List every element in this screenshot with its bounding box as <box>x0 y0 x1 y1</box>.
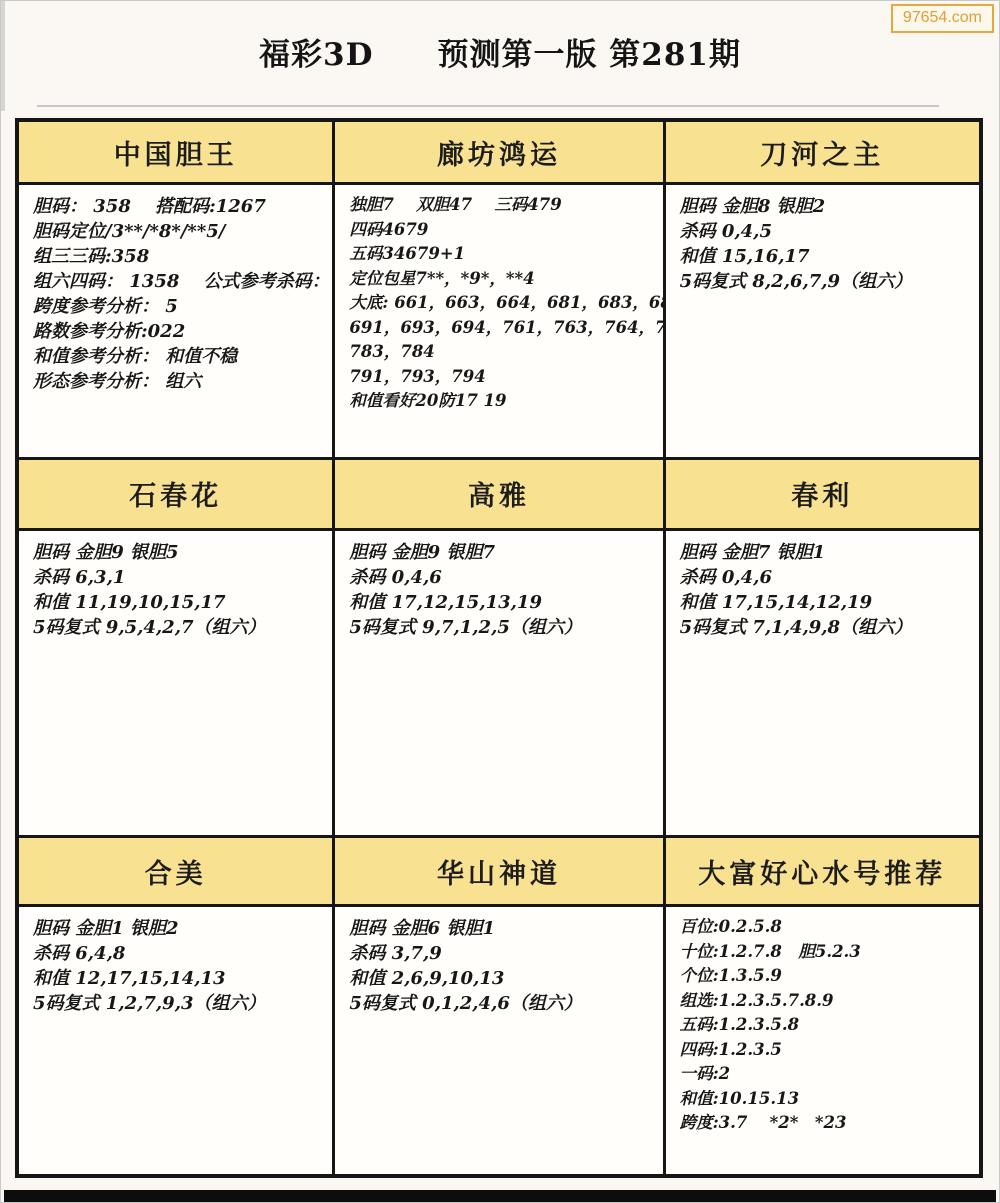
cell-line: 和值:10.15.13 <box>680 1087 975 1112</box>
cell-line: 胆码： 358 搭配码:1267 <box>33 194 328 219</box>
cell-line: 691，693，694，761，763，764，781， <box>349 316 658 341</box>
cell-line: 杀码 3,7,9 <box>349 941 658 966</box>
cell-line: 5码复式 1,2,7,9,3（组六） <box>33 991 328 1016</box>
cell-line: 5码复式 9,7,1,2,5（组六） <box>349 615 658 640</box>
cell-line: 百位:0.2.5.8 <box>680 915 975 940</box>
cell-body: 胆码 金胆6 银胆1 杀码 3,7,9 和值 2,6,9,10,13 5码复式 … <box>335 907 662 1174</box>
cell-body: 百位:0.2.5.8 十位:1.2.7.8 胆5.2.3 个位:1.3.5.9 … <box>666 907 979 1174</box>
cell-header: 合美 <box>19 838 332 907</box>
cell-body: 胆码 金胆1 银胆2 杀码 6,4,8 和值 12,17,15,14,13 5码… <box>19 907 332 1174</box>
cell-line: 杀码 6,3,1 <box>33 565 328 590</box>
title-divider <box>37 105 939 107</box>
cell-line: 胆码 金胆9 银胆7 <box>349 540 658 565</box>
cell-body: 胆码 金胆8 银胆2 杀码 0,4,5 和值 15,16,17 5码复式 8,2… <box>666 185 979 457</box>
cell-line: 四码4679 <box>349 218 658 243</box>
cell-body: 独胆7 双胆47 三码479 四码4679 五码34679+1 定位包星7**，… <box>335 185 662 457</box>
cell-header: 廊坊鸿运 <box>335 122 662 185</box>
cell-line: 路数参考分析:022 <box>33 319 328 344</box>
page-title: 福彩3D 预测第一版 第281期 <box>1 29 999 74</box>
cell-line: 5码复式 0,1,2,4,6（组六） <box>349 991 658 1016</box>
cell-hemei: 合美 胆码 金胆1 银胆2 杀码 6,4,8 和值 12,17,15,14,13… <box>19 838 332 1174</box>
cell-line: 跨度:3.7 *2* *23 <box>680 1111 975 1136</box>
cell-line: 和值 2,6,9,10,13 <box>349 966 658 991</box>
cell-header: 大富好心水号推荐 <box>666 838 979 907</box>
cell-line: 和值 17,15,14,12,19 <box>680 590 975 615</box>
cell-line: 杀码 6,4,8 <box>33 941 328 966</box>
cell-line: 胆码 金胆9 银胆5 <box>33 540 328 565</box>
cell-daohe-zhizhu: 刀河之主 胆码 金胆8 银胆2 杀码 0,4,5 和值 15,16,17 5码复… <box>666 122 979 457</box>
cell-line: 大底: 661，663，664，681，683，684， <box>349 291 658 316</box>
cell-line: 5码复式 8,2,6,7,9（组六） <box>680 269 975 294</box>
cell-header: 华山神道 <box>335 838 662 907</box>
cell-line: 胆码 金胆6 银胆1 <box>349 916 658 941</box>
cell-header: 春利 <box>666 460 979 531</box>
cell-line: 组六四码： 1358 公式参考杀码： 9 <box>33 269 328 294</box>
cell-line: 胆码 金胆8 银胆2 <box>680 194 975 219</box>
cell-line: 组三三码:358 <box>33 244 328 269</box>
cell-line: 和值 15,16,17 <box>680 244 975 269</box>
cell-body: 胆码 金胆9 银胆7 杀码 0,4,6 和值 17,12,15,13,19 5码… <box>335 531 662 836</box>
cell-langfang-hongyun: 廊坊鸿运 独胆7 双胆47 三码479 四码4679 五码34679+1 定位包… <box>335 122 662 457</box>
cell-line: 杀码 0,4,6 <box>680 565 975 590</box>
cell-line: 和值 11,19,10,15,17 <box>33 590 328 615</box>
cell-zhongguo-danwang: 中国胆王 胆码： 358 搭配码:1267 胆码定位/3**/*8*/**5/ … <box>19 122 332 457</box>
cell-line: 杀码 0,4,5 <box>680 219 975 244</box>
cell-line: 跨度参考分析： 5 <box>33 294 328 319</box>
cell-line: 5码复式 7,1,4,9,8（组六） <box>680 615 975 640</box>
cell-body: 胆码 金胆7 银胆1 杀码 0,4,6 和值 17,15,14,12,19 5码… <box>666 531 979 836</box>
cell-line: 和值看好20防17 19 <box>349 389 658 414</box>
cell-huashan-shendao: 华山神道 胆码 金胆6 银胆1 杀码 3,7,9 和值 2,6,9,10,13 … <box>335 838 662 1174</box>
cell-body: 胆码 金胆9 银胆5 杀码 6,3,1 和值 11,19,10,15,17 5码… <box>19 531 332 836</box>
cell-line: 杀码 0,4,6 <box>349 565 658 590</box>
prediction-table: 中国胆王 胆码： 358 搭配码:1267 胆码定位/3**/*8*/**5/ … <box>15 118 983 1178</box>
cell-gaoya: 高雅 胆码 金胆9 银胆7 杀码 0,4,6 和值 17,12,15,13,19… <box>335 460 662 836</box>
cell-header: 石春花 <box>19 460 332 531</box>
cell-line: 胆码 金胆7 银胆1 <box>680 540 975 565</box>
cell-header: 高雅 <box>335 460 662 531</box>
cell-body: 胆码： 358 搭配码:1267 胆码定位/3**/*8*/**5/ 组三三码:… <box>19 185 332 457</box>
cell-line: 定位包星7**，*9*，**4 <box>349 267 658 292</box>
cell-line: 五码34679+1 <box>349 242 658 267</box>
cell-line: 和值 17,12,15,13,19 <box>349 590 658 615</box>
cell-line: 形态参考分析： 组六 <box>33 369 328 394</box>
cell-shi-chunhua: 石春花 胆码 金胆9 银胆5 杀码 6,3,1 和值 11,19,10,15,1… <box>19 460 332 836</box>
cell-line: 独胆7 双胆47 三码479 <box>349 193 658 218</box>
cell-line: 组选:1.2.3.5.7.8.9 <box>680 989 975 1014</box>
cell-line: 四码:1.2.3.5 <box>680 1038 975 1063</box>
cell-line: 783，784 <box>349 340 658 365</box>
cell-line: 和值参考分析： 和值不稳 <box>33 344 328 369</box>
cell-line: 五码:1.2.3.5.8 <box>680 1013 975 1038</box>
cell-line: 5码复式 9,5,4,2,7（组六） <box>33 615 328 640</box>
cell-dafu-haoxin: 大富好心水号推荐 百位:0.2.5.8 十位:1.2.7.8 胆5.2.3 个位… <box>666 838 979 1174</box>
scanned-prediction-sheet: 97654.com 福彩3D 预测第一版 第281期 中国胆王 胆码： 358 … <box>0 0 1000 1203</box>
cell-line: 个位:1.3.5.9 <box>680 964 975 989</box>
cell-line: 十位:1.2.7.8 胆5.2.3 <box>680 940 975 965</box>
cell-header: 中国胆王 <box>19 122 332 185</box>
cell-header: 刀河之主 <box>666 122 979 185</box>
cell-line: 和值 12,17,15,14,13 <box>33 966 328 991</box>
bottom-scan-bar <box>4 1190 996 1202</box>
cell-chunli: 春利 胆码 金胆7 银胆1 杀码 0,4,6 和值 17,15,14,12,19… <box>666 460 979 836</box>
cell-line: 胆码定位/3**/*8*/**5/ <box>33 219 328 244</box>
cell-line: 胆码 金胆1 银胆2 <box>33 916 328 941</box>
cell-line: 791，793，794 <box>349 365 658 390</box>
cell-line: 一码:2 <box>680 1062 975 1087</box>
